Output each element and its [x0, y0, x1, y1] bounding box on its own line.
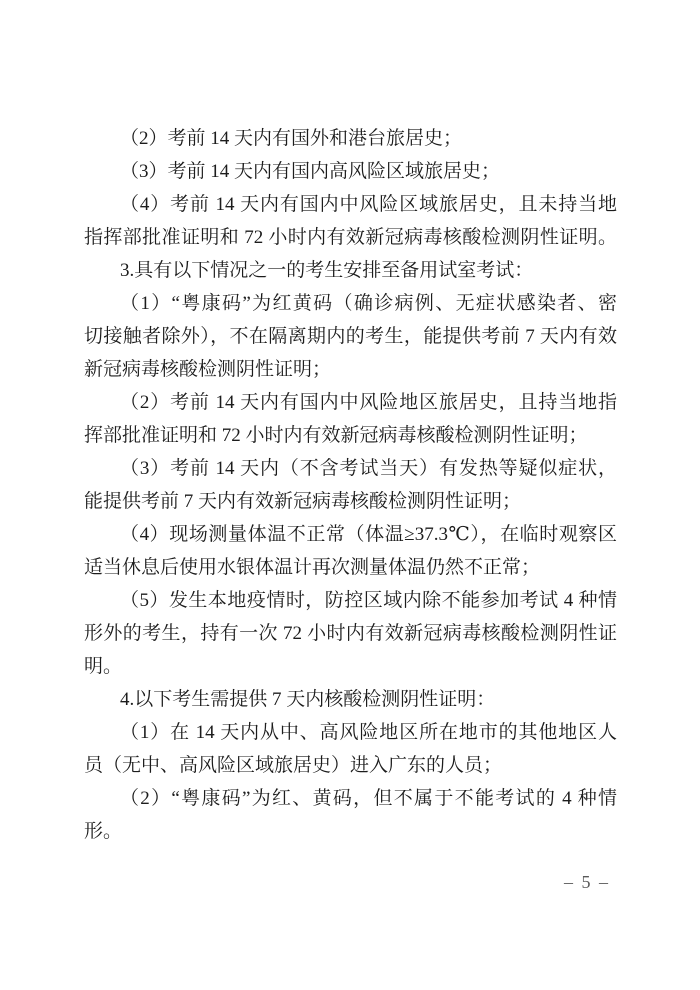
text-line: （3）考前 14 天内（不含考试当天）有发热等疑似症状，	[84, 452, 617, 485]
text-line: 能提供考前 7 天内有效新冠病毒核酸检测阴性证明；	[84, 485, 617, 518]
text-line: 明。	[84, 650, 617, 683]
text-line: 新冠病毒核酸检测阴性证明；	[84, 353, 617, 386]
text-line: 切接触者除外），不在隔离期内的考生，能提供考前 7 天内有效	[84, 320, 617, 353]
text-line: 3.具有以下情况之一的考生安排至备用试室考试：	[84, 254, 617, 287]
text-line: （2）考前 14 天内有国内中风险地区旅居史，且持当地指	[84, 386, 617, 419]
text-line: （1）“粤康码”为红黄码（确诊病例、无症状感染者、密	[84, 287, 617, 320]
page-number: – 5 –	[564, 870, 610, 894]
text-line: 指挥部批准证明和 72 小时内有效新冠病毒核酸检测阴性证明。	[84, 221, 617, 254]
text-line: 形外的考生，持有一次 72 小时内有效新冠病毒核酸检测阴性证	[84, 617, 617, 650]
document-page: （2）考前 14 天内有国外和港台旅居史；（3）考前 14 天内有国内高风险区域…	[0, 0, 700, 990]
text-line: （2）“粤康码”为红、黄码，但不属于不能考试的 4 种情	[84, 782, 617, 815]
text-line: 挥部批准证明和 72 小时内有效新冠病毒核酸检测阴性证明；	[84, 419, 617, 452]
document-body: （2）考前 14 天内有国外和港台旅居史；（3）考前 14 天内有国内高风险区域…	[84, 122, 617, 848]
text-line: 员（无中、高风险区域旅居史）进入广东的人员；	[84, 749, 617, 782]
text-line: 形。	[84, 815, 617, 848]
text-line: （5）发生本地疫情时，防控区域内除不能参加考试 4 种情	[84, 584, 617, 617]
text-line: 适当休息后使用水银体温计再次测量体温仍然不正常；	[84, 551, 617, 584]
text-line: （2）考前 14 天内有国外和港台旅居史；	[84, 122, 617, 155]
text-line: （4）现场测量体温不正常（体温≥37.3℃），在临时观察区	[84, 518, 617, 551]
text-line: （3）考前 14 天内有国内高风险区域旅居史；	[84, 155, 617, 188]
text-line: （4）考前 14 天内有国内中风险区域旅居史，且未持当地	[84, 188, 617, 221]
text-line: 4.以下考生需提供 7 天内核酸检测阴性证明：	[84, 683, 617, 716]
text-line: （1）在 14 天内从中、高风险地区所在地市的其他地区人	[84, 716, 617, 749]
